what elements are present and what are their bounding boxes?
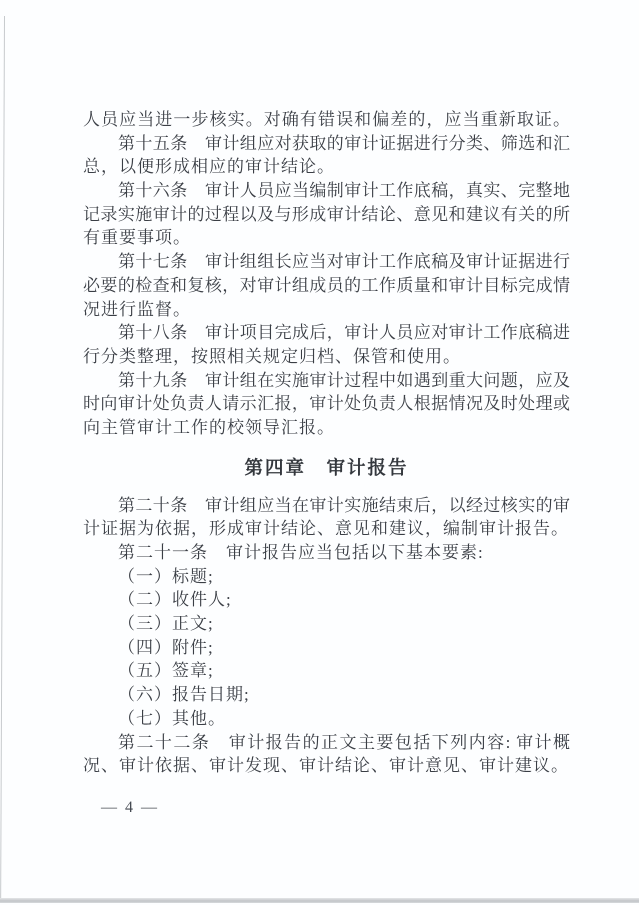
text-line: 况、审计依据、审计发现、审计结论、审计意见、审计建议。: [83, 754, 570, 778]
text-line: （七）其他。: [83, 707, 570, 731]
text-line: 时向审计处负责人请示汇报，审计处负责人根据情况及时处理或: [83, 392, 570, 416]
text-line: 第十八条 审计项目完成后，审计人员应对审计工作底稿进: [83, 321, 570, 345]
text-line: （一）标题;: [83, 565, 570, 589]
page-number: — 4 —: [101, 796, 159, 819]
text-line: 有重要事项。: [83, 226, 570, 250]
scan-bottom-edge-band: [0, 898, 639, 903]
text-line: （三）正文;: [83, 612, 570, 636]
text-line: 第十五条 审计组应对获取的审计证据进行分类、筛选和汇: [83, 132, 570, 156]
text-line: 第十六条 审计人员应当编制审计工作底稿，真实、完整地: [83, 179, 570, 203]
scan-left-edge-line: [0, 16, 5, 900]
text-line: （五）签章;: [83, 659, 570, 683]
chapter-heading: 第四章 审计报告: [83, 457, 570, 481]
document-page: 人员应当进一步核实。对确有错误和偏差的，应当重新取证。第十五条 审计组应对获取的…: [0, 0, 639, 905]
text-line: 必要的检查和复核，对审计组成员的工作质量和审计目标完成情: [83, 274, 570, 298]
text-line: 第二十条 审计组应当在审计实施结束后，以经过核实的审: [83, 494, 570, 518]
text-line: （二）收件人;: [83, 588, 570, 612]
body-block-2: 第二十条 审计组应当在审计实施结束后，以经过核实的审计证据为依据，形成审计结论、…: [83, 494, 570, 778]
text-line: 行分类整理，按照相关规定归档、保管和使用。: [83, 345, 570, 369]
text-line: 第二十一条 审计报告应当包括以下基本要素:: [83, 541, 570, 565]
text-line: 计证据为依据，形成审计结论、意见和建议，编制审计报告。: [83, 517, 570, 541]
text-column: 人员应当进一步核实。对确有错误和偏差的，应当重新取证。第十五条 审计组应对获取的…: [83, 108, 570, 778]
body-block-1: 人员应当进一步核实。对确有错误和偏差的，应当重新取证。第十五条 审计组应对获取的…: [83, 108, 570, 440]
text-line: 人员应当进一步核实。对确有错误和偏差的，应当重新取证。: [83, 108, 570, 132]
text-line: 记录实施审计的过程以及与形成审计结论、意见和建议有关的所: [83, 203, 570, 227]
text-line: （四）附件;: [83, 636, 570, 660]
text-line: （六）报告日期;: [83, 683, 570, 707]
text-line: 第二十二条 审计报告的正文主要包括下列内容: 审计概: [83, 731, 570, 755]
text-line: 向主管审计工作的校领导汇报。: [83, 416, 570, 440]
text-line: 第十九条 审计组在实施审计过程中如遇到重大问题，应及: [83, 369, 570, 393]
text-line: 况进行监督。: [83, 298, 570, 322]
text-line: 总，以便形成相应的审计结论。: [83, 155, 570, 179]
text-line: 第十七条 审计组组长应当对审计工作底稿及审计证据进行: [83, 250, 570, 274]
